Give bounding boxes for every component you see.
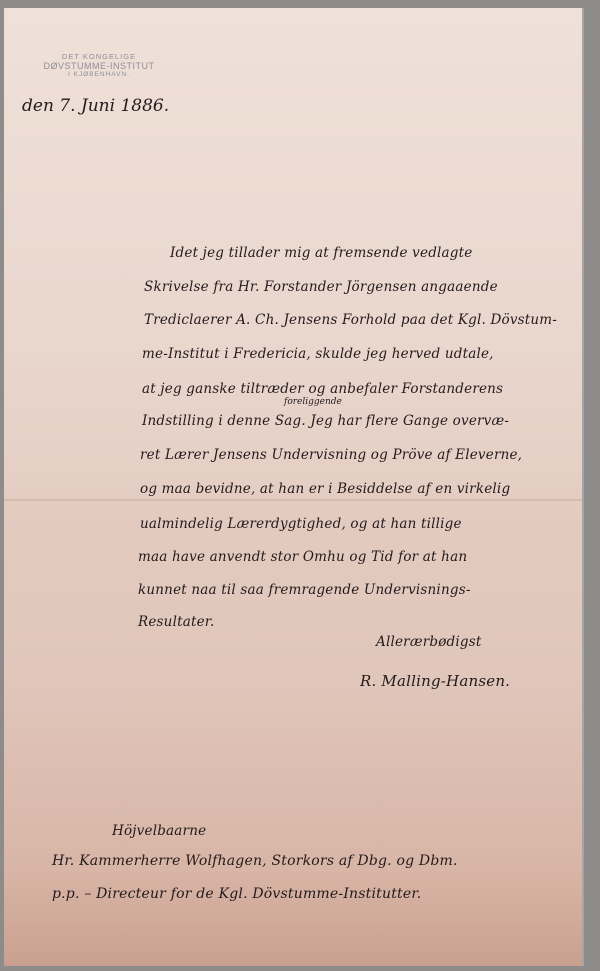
- signature: R. Malling-Hansen.: [360, 672, 510, 690]
- body-line: ualmindelig Lærerdygtighed, og at han ti…: [140, 516, 462, 532]
- address-recipient: Hr. Kammerherre Wolfhagen, Storkors af D…: [52, 853, 458, 869]
- body-line: ret Lærer Jensens Undervisning og Pröve …: [140, 447, 522, 463]
- body-line: maa have anvendt stor Omhu og Tid for at…: [138, 549, 467, 565]
- address-honorific: Höjvelbaarne: [112, 823, 206, 839]
- letterhead-line-3: I KJØBENHAVN.: [24, 71, 174, 78]
- paper-fold-crease: [4, 498, 582, 502]
- body-line: me-Institut i Fredericia, skulde jeg her…: [142, 346, 494, 362]
- letterhead-line-1: DET KONGELIGE: [24, 52, 174, 61]
- body-line: kunnet naa til saa fremragende Undervisn…: [138, 582, 471, 598]
- letterhead-stamp: DET KONGELIGE DØVSTUMME-INSTITUT I KJØBE…: [24, 52, 174, 78]
- letter-date: den 7. Juni 1886.: [22, 96, 169, 116]
- body-line: og maa bevidne, at han er i Besiddelse a…: [140, 481, 510, 497]
- letter-page: DET KONGELIGE DØVSTUMME-INSTITUT I KJØBE…: [4, 8, 582, 966]
- body-line: Skrivelse fra Hr. Forstander Jörgensen a…: [144, 279, 498, 295]
- body-line: Resultater.: [138, 614, 214, 630]
- body-line: at jeg ganske tiltræder og anbefaler For…: [142, 381, 503, 397]
- address-title: p.p. – Directeur for de Kgl. Dövstumme-I…: [52, 886, 421, 902]
- body-line: Idet jeg tillader mig at fremsende vedla…: [170, 245, 472, 261]
- interlinear-insertion: foreliggende: [284, 397, 342, 407]
- closing-salutation: Allerærbødigst: [376, 634, 482, 650]
- letterhead-line-2: DØVSTUMME-INSTITUT: [24, 61, 174, 71]
- body-line: Trediclaerer A. Ch. Jensens Forhold paa …: [144, 312, 557, 328]
- body-line: Indstilling i denne Sag. Jeg har flere G…: [142, 413, 509, 429]
